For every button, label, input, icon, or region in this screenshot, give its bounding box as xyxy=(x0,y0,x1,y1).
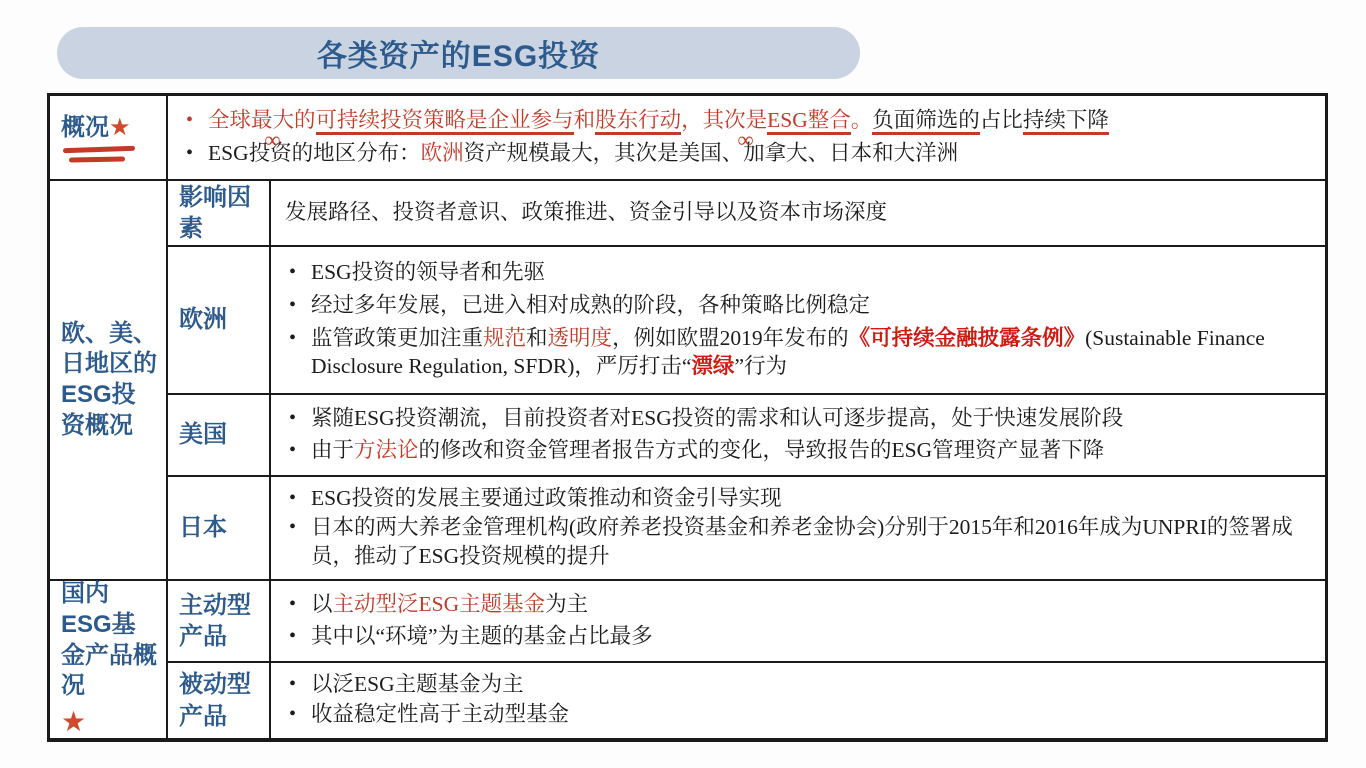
text-segment: 透明度 xyxy=(548,326,613,350)
subrow-japan: 日本 •ESG投资的发展主要通过政策推动和资金引导实现•日本的两大养老金管理机构… xyxy=(168,477,1325,579)
text-segment: 紧随ESG投资潮流，目前投资者对ESG投资的需求和认可逐步提高，处于快速发展阶段 xyxy=(311,406,1123,430)
text-segment: ESG整合 xyxy=(767,108,851,135)
bullet-text: 收益稳定性高于主动型基金 xyxy=(311,700,1309,728)
text-segment: 持续下降 xyxy=(1023,108,1109,135)
subrow-passive: 被动型产品 •以泛ESG主题基金为主•收益稳定性高于主动型基金 xyxy=(168,663,1325,738)
bullet-line: 发展路径、投资者意识、政策推进、资金引导以及资本市场深度 xyxy=(285,198,1309,226)
row-header-label: 国内ESG基金产品概况 xyxy=(61,579,158,702)
bullet-text: 由于方法论的修改和资金管理者报告方式的变化，导致报告的ESG管理资产显著下降 xyxy=(311,436,1309,464)
table-row-overview: 概况★ •全球最大的可持续投资策略是企业参与和股东行动，其次是ESG整合。负面筛… xyxy=(50,96,1325,181)
row-header-label: 欧、美、日地区的ESG投资概况 xyxy=(61,319,158,442)
bullet-icon: • xyxy=(285,590,311,618)
bullet-line: •以泛ESG主题基金为主 xyxy=(285,670,1309,698)
hand-drawn-underline-stroke xyxy=(63,146,135,154)
subrow-europe: 欧洲 •ESG投资的领导者和先驱•经过多年发展，已进入相对成熟的阶段，各种策略比… xyxy=(168,247,1325,395)
subrow-header-active: 主动型产品 xyxy=(168,581,271,661)
bullet-text: ESG投资的地区分布：欧洲资产规模最大，其次是美国、加拿大、日本和大洋洲 xyxy=(208,139,1309,167)
text-segment: 以泛ESG主题基金为主 xyxy=(311,672,524,696)
star-icon: ★ xyxy=(61,704,158,740)
bullet-line: •以主动型泛ESG主题基金为主 xyxy=(285,590,1309,618)
row-header-overview: 概况★ xyxy=(50,96,168,179)
text-segment: 资产规模最大，其次是美国、加拿大、日本和大洋洲 xyxy=(464,141,959,165)
subrow-active: 主动型产品 •以主动型泛ESG主题基金为主•其中以“环境”为主题的基金占比最多 xyxy=(168,581,1325,663)
bullet-line: •监管政策更加注重规范和透明度，例如欧盟2019年发布的《可持续金融披露条例》(… xyxy=(285,324,1309,381)
bullet-text: ESG投资的领导者和先驱 xyxy=(311,258,1309,286)
slide-title-banner: 各类资产的ESG投资 xyxy=(57,27,860,79)
summary-table: 概况★ •全球最大的可持续投资策略是企业参与和股东行动，其次是ESG整合。负面筛… xyxy=(47,93,1328,742)
bullet-line: •全球最大的可持续投资策略是企业参与和股东行动，其次是ESG整合。负面筛选的占比… xyxy=(182,106,1309,134)
subrow-usa: 美国 •紧随ESG投资潮流，目前投资者对ESG投资的需求和认可逐步提高，处于快速… xyxy=(168,395,1325,477)
hand-drawn-underline-stroke xyxy=(69,157,125,163)
bullet-text: 以主动型泛ESG主题基金为主 xyxy=(311,590,1309,618)
bullet-line: •ESG投资的领导者和先驱 xyxy=(285,258,1309,286)
europe-content: •ESG投资的领导者和先驱•经过多年发展，已进入相对成熟的阶段，各种策略比例稳定… xyxy=(271,247,1325,393)
text-segment: 经过多年发展，已进入相对成熟的阶段，各种策略比例稳定 xyxy=(311,293,870,317)
text-segment: ESG投资的发展主要通过政策推动和资金引导实现 xyxy=(311,486,782,510)
bullet-text: 日本的两大养老金管理机构(政府养老投资基金和养老金协会)分别于2015年和201… xyxy=(311,513,1309,570)
bullet-icon: • xyxy=(285,484,311,512)
text-segment: 。 xyxy=(851,108,873,132)
bullet-icon: • xyxy=(182,106,208,134)
bullet-line: •由于方法论的修改和资金管理者报告方式的变化，导致报告的ESG管理资产显著下降 xyxy=(285,436,1309,464)
bullet-text: 其中以“环境”为主题的基金占比最多 xyxy=(311,622,1309,650)
passive-content: •以泛ESG主题基金为主•收益稳定性高于主动型基金 xyxy=(271,663,1325,738)
text-segment: 的修改和资金管理者报告方式的变化，导致报告的ESG管理资产显著下降 xyxy=(419,438,1105,462)
text-segment: 可持续投资策略是 xyxy=(316,108,488,135)
text-segment: 和 xyxy=(574,108,596,132)
text-segment: 和 xyxy=(526,326,548,350)
bullet-line: •其中以“环境”为主题的基金占比最多 xyxy=(285,622,1309,650)
bullet-text: 以泛ESG主题基金为主 xyxy=(311,670,1309,698)
text-segment: 监管政策更加注重 xyxy=(311,326,483,350)
bullet-line: •经过多年发展，已进入相对成熟的阶段，各种策略比例稳定 xyxy=(285,291,1309,319)
bullet-icon: • xyxy=(285,513,311,541)
text-segment: 最大 xyxy=(251,106,294,134)
bullet-text: 监管政策更加注重规范和透明度，例如欧盟2019年发布的《可持续金融披露条例》(S… xyxy=(311,324,1309,381)
japan-content: •ESG投资的发展主要通过政策推动和资金引导实现•日本的两大养老金管理机构(政府… xyxy=(271,477,1325,579)
bullet-line: •ESG投资的发展主要通过政策推动和资金引导实现 xyxy=(285,484,1309,512)
bullet-line: •日本的两大养老金管理机构(政府养老投资基金和养老金协会)分别于2015年和20… xyxy=(285,513,1309,570)
text-segment: ，其 xyxy=(681,108,724,132)
bullet-text: 发展路径、投资者意识、政策推进、资金引导以及资本市场深度 xyxy=(285,198,1309,226)
bullet-icon: • xyxy=(285,436,311,464)
subrow-factors: 影响因素 发展路径、投资者意识、政策推进、资金引导以及资本市场深度 xyxy=(168,181,1325,247)
bullet-icon: • xyxy=(285,700,311,728)
subrow-header-europe: 欧洲 xyxy=(168,247,271,393)
text-segment: 为主 xyxy=(545,592,588,616)
text-segment: 负面筛选的 xyxy=(872,108,980,135)
factors-content: 发展路径、投资者意识、政策推进、资金引导以及资本市场深度 xyxy=(271,181,1325,245)
text-segment: 全球 xyxy=(208,108,251,132)
bullet-text: 经过多年发展，已进入相对成熟的阶段，各种策略比例稳定 xyxy=(311,291,1309,319)
page-title: 各类资产的ESG投资 xyxy=(317,31,600,75)
bullet-text: 全球最大的可持续投资策略是企业参与和股东行动，其次是ESG整合。负面筛选的占比持… xyxy=(208,106,1309,134)
subrow-header-passive: 被动型产品 xyxy=(168,663,271,738)
text-segment: 收益稳定性高于主动型基金 xyxy=(311,702,569,726)
text-segment: 《可持续金融披露条例》 xyxy=(849,326,1086,350)
subrow-header-usa: 美国 xyxy=(168,395,271,475)
table-row-regions: 欧、美、日地区的ESG投资概况 影响因素 发展路径、投资者意识、政策推进、资金引… xyxy=(50,181,1325,581)
text-segment: 由于 xyxy=(311,438,354,462)
text-segment: 漂绿 xyxy=(691,354,734,378)
bullet-icon: • xyxy=(285,670,311,698)
bullet-line: •紧随ESG投资潮流，目前投资者对ESG投资的需求和认可逐步提高，处于快速发展阶… xyxy=(285,404,1309,432)
text-segment: ，例如欧盟2019年发布的 xyxy=(612,326,849,350)
regions-subrows: 影响因素 发展路径、投资者意识、政策推进、资金引导以及资本市场深度 欧洲 •ES… xyxy=(168,181,1325,579)
text-segment: 发展路径、投资者意识、政策推进、资金引导以及资本市场深度 xyxy=(285,200,887,224)
text-segment: 其中以“环境”为主题的基金占比最多 xyxy=(311,624,653,648)
subrow-header-japan: 日本 xyxy=(168,477,271,579)
text-segment: 次是 xyxy=(724,106,767,134)
text-segment: 方法论 xyxy=(354,438,419,462)
row-header-label: 概况★ xyxy=(61,113,158,144)
text-segment: 企业参与 xyxy=(488,108,574,135)
subrow-header-factors: 影响因素 xyxy=(168,181,271,245)
text-segment: 股东行动 xyxy=(595,108,681,135)
bullet-text: ESG投资的发展主要通过政策推动和资金引导实现 xyxy=(311,484,1309,512)
usa-content: •紧随ESG投资潮流，目前投资者对ESG投资的需求和认可逐步提高，处于快速发展阶… xyxy=(271,395,1325,475)
bullet-icon: • xyxy=(285,258,311,286)
text-segment: 日本的两大养老金管理机构(政府养老投资基金和养老金协会)分别于2015年和201… xyxy=(311,515,1293,567)
bullet-icon: • xyxy=(285,404,311,432)
text-segment: 规范 xyxy=(483,326,526,350)
text-segment: 占比 xyxy=(980,108,1023,132)
text-segment: 以 xyxy=(311,592,333,616)
row-header-domestic: 国内ESG基金产品概况 ★ xyxy=(50,581,168,738)
text-segment: 的 xyxy=(294,108,316,132)
bullet-icon: • xyxy=(285,291,311,319)
hand-drawn-underline xyxy=(63,147,158,162)
bullet-icon: • xyxy=(182,139,208,167)
overview-content: •全球最大的可持续投资策略是企业参与和股东行动，其次是ESG整合。负面筛选的占比… xyxy=(168,96,1325,179)
bullet-text: 紧随ESG投资潮流，目前投资者对ESG投资的需求和认可逐步提高，处于快速发展阶段 xyxy=(311,404,1309,432)
text-segment: 主动型泛ESG主题基金 xyxy=(333,592,546,616)
domestic-subrows: 主动型产品 •以主动型泛ESG主题基金为主•其中以“环境”为主题的基金占比最多 … xyxy=(168,581,1325,738)
bullet-line: •收益稳定性高于主动型基金 xyxy=(285,700,1309,728)
text-segment: ESG投资的领导者和先驱 xyxy=(311,260,545,284)
bullet-icon: • xyxy=(285,622,311,650)
star-icon: ★ xyxy=(109,114,131,141)
active-content: •以主动型泛ESG主题基金为主•其中以“环境”为主题的基金占比最多 xyxy=(271,581,1325,661)
bullet-icon: • xyxy=(285,324,311,352)
text-segment: 欧洲 xyxy=(421,141,464,165)
text-segment: ”行为 xyxy=(734,354,787,378)
table-row-domestic: 国内ESG基金产品概况 ★ 主动型产品 •以主动型泛ESG主题基金为主•其中以“… xyxy=(50,581,1325,738)
row-header-regions: 欧、美、日地区的ESG投资概况 xyxy=(50,181,168,579)
text-segment: ESG投资的地区分布： xyxy=(208,141,421,165)
